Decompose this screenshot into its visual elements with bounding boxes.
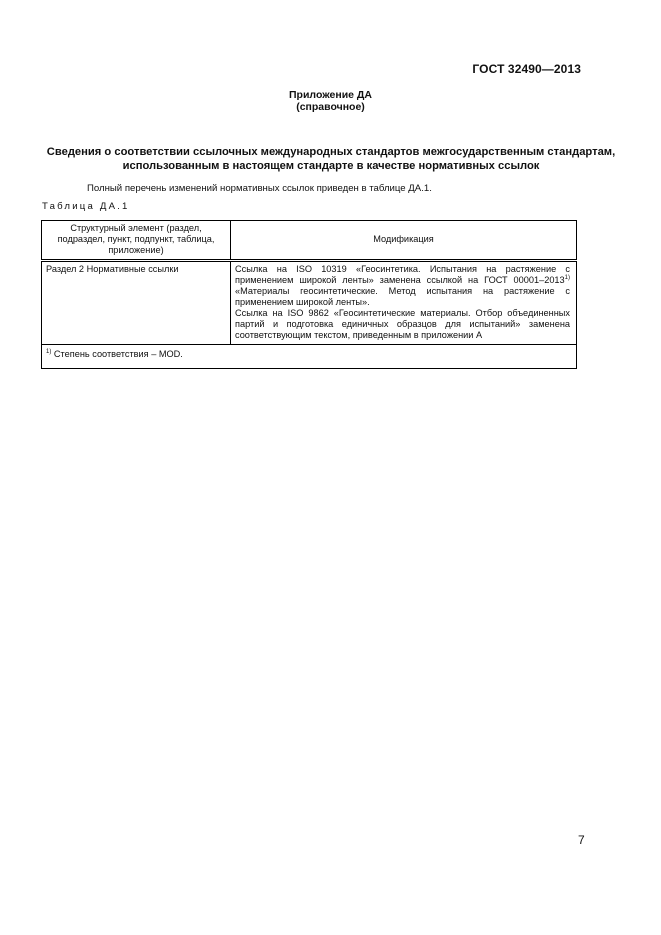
modification-paragraph: Ссылка на ISO 9862 «Геосинтетические мат… <box>235 308 570 341</box>
cell-element: Раздел 2 Нормативные ссылки <box>42 261 231 345</box>
annex-subtitle: (справочное) <box>0 101 661 113</box>
column-header-element: Структурный элемент (раздел, подраздел, … <box>42 221 231 261</box>
document-code: ГОСТ 32490—2013 <box>472 62 581 76</box>
footnote-text: Степень соответствия – MOD. <box>51 349 183 359</box>
annex-title: Приложение ДА <box>0 89 661 101</box>
table-footnote: 1) Степень соответствия – MOD. <box>42 345 577 369</box>
intro-paragraph: Полный перечень изменений нормативных сс… <box>87 183 432 194</box>
page-number: 7 <box>578 833 585 847</box>
table-row: Раздел 2 Нормативные ссылки Ссылка на IS… <box>42 261 577 345</box>
table-header-row: Структурный элемент (раздел, подраздел, … <box>42 221 577 261</box>
column-header-modification: Модификация <box>231 221 577 261</box>
footnote-ref: 1) <box>565 275 570 281</box>
annex-title-block: Приложение ДА (справочное) <box>0 89 661 113</box>
cell-modification: Ссылка на ISO 10319 «Геосинтетика. Испыт… <box>231 261 577 345</box>
modification-paragraph: Ссылка на ISO 10319 «Геосинтетика. Испыт… <box>235 264 570 308</box>
modification-text: «Материалы геосинтетические. Метод испыт… <box>235 286 570 307</box>
section-heading: Сведения о соответствии ссылочных междун… <box>40 145 622 173</box>
modification-text: Ссылка на ISO 10319 «Геосинтетика. Испыт… <box>235 264 570 285</box>
modification-text: Ссылка на ISO 9862 «Геосинтетические мат… <box>235 308 570 340</box>
table-caption: Таблица ДА.1 <box>42 201 130 212</box>
references-table: Структурный элемент (раздел, подраздел, … <box>41 220 577 369</box>
table-footnote-row: 1) Степень соответствия – MOD. <box>42 345 577 369</box>
